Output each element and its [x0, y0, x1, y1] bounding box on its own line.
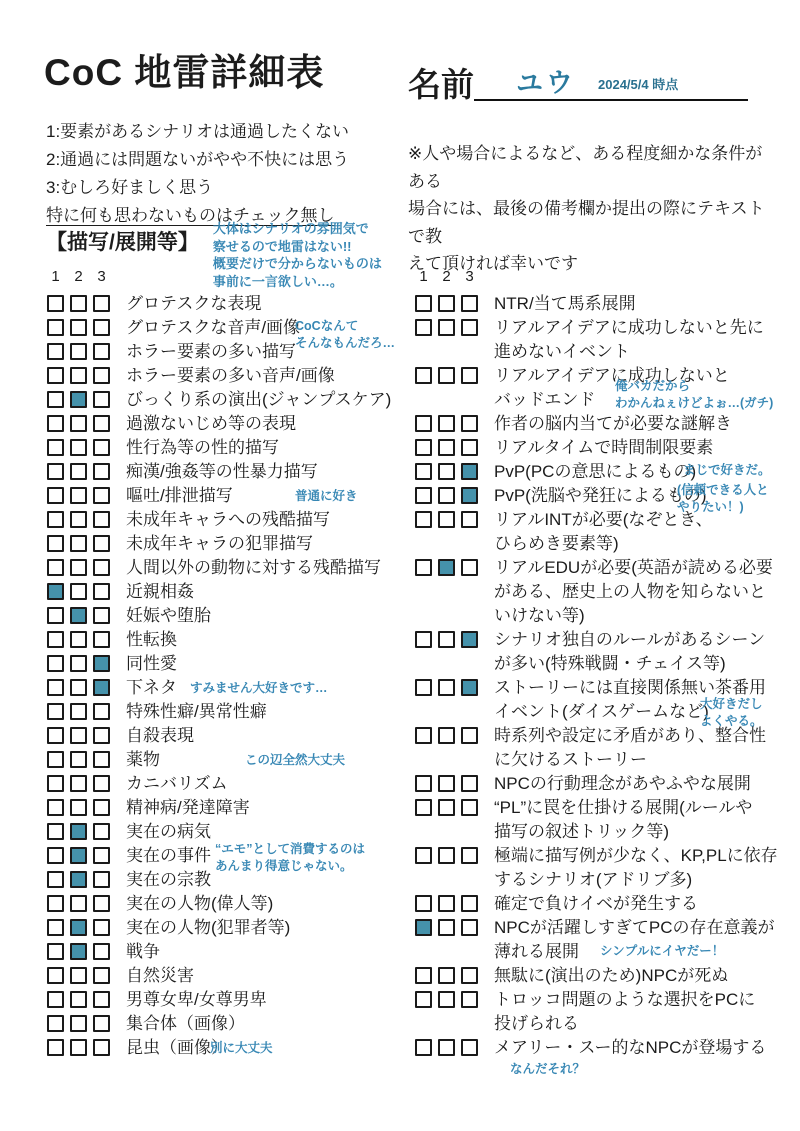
digit-1: 1: [47, 268, 64, 290]
checklist-row: メアリー・スー的なNPCが登場する なんだそれ？: [415, 1036, 790, 1060]
checkbox-2[interactable]: [438, 631, 455, 648]
item-label: シナリオ独自のルールがあるシーン が多い(特殊戦闘・チェイス等): [494, 628, 765, 676]
item-label: “PL”に罠を仕掛ける展開(ルールや 描写の叙述トリック等): [494, 796, 752, 844]
scale-line-1: 1:要素があるシナリオは通過したくない: [46, 118, 349, 146]
checkbox-3[interactable]: [93, 967, 110, 984]
checklist-row: 未成年キャラの犯罪描写: [47, 532, 415, 556]
handwritten-note: なんだそれ？: [510, 1061, 585, 1078]
checkbox-1[interactable]: [415, 511, 432, 528]
checkbox-1[interactable]: [47, 823, 64, 840]
checkbox-3[interactable]: [93, 703, 110, 720]
handwritten-note: まじで好きだ。: [683, 462, 771, 479]
checkbox-3[interactable]: [461, 367, 478, 384]
digit-2: 2: [70, 268, 87, 290]
checkbox-2[interactable]: [438, 727, 455, 744]
item-label: 集合体（画像）: [126, 1012, 245, 1036]
checkbox-1[interactable]: [47, 439, 64, 456]
checkbox-2[interactable]: [70, 559, 87, 576]
checkbox-2[interactable]: [438, 511, 455, 528]
checkbox-3[interactable]: [93, 823, 110, 840]
checklist-row: 無駄に(演出のため)NPCが死ぬ: [415, 964, 790, 988]
checkbox-2[interactable]: [438, 895, 455, 912]
checklist-row: 自殺表現: [47, 724, 415, 748]
checkbox-3[interactable]: [93, 895, 110, 912]
checkbox-group: [415, 796, 478, 816]
checkbox-3[interactable]: [93, 727, 110, 744]
checklist-columns: 1 2 3 グロテスクな表現 グロテスクな音声/画像 CoCなんて そんなもんだ…: [47, 268, 790, 1060]
checkbox-1[interactable]: [47, 871, 64, 888]
checkbox-2[interactable]: [70, 343, 87, 360]
checkbox-2[interactable]: [70, 463, 87, 480]
checkbox-group: [47, 460, 110, 480]
checklist-right: NTR/当て馬系展開 リアルアイデアに成功しないと先に 進めないイベント リアル…: [415, 292, 790, 1060]
checklist-row: 確定で負けイベが発生する: [415, 892, 790, 916]
checkbox-2[interactable]: [70, 823, 87, 840]
checklist-row: 時系列や設定に矛盾があり、整合性 に欠けるストーリー: [415, 724, 790, 772]
checkbox-1[interactable]: [415, 775, 432, 792]
item-label: 近親相姦: [126, 580, 194, 604]
checkbox-3[interactable]: [93, 391, 110, 408]
checklist-column-left: 1 2 3 グロテスクな表現 グロテスクな音声/画像 CoCなんて そんなもんだ…: [47, 268, 415, 1060]
checkbox-3[interactable]: [461, 1039, 478, 1056]
item-label: 過激ないじめ等の表現: [126, 412, 296, 436]
checkbox-1[interactable]: [415, 1039, 432, 1056]
checkbox-1[interactable]: [415, 487, 432, 504]
checkbox-3[interactable]: [93, 775, 110, 792]
checkbox-2[interactable]: [438, 847, 455, 864]
checkbox-group: [415, 292, 478, 312]
checkbox-3[interactable]: [93, 991, 110, 1008]
checkbox-3[interactable]: [93, 583, 110, 600]
checkbox-group: [47, 892, 110, 912]
item-label: リアルEDUが必要(英語が読める必要 がある、歴史上の人物を知らないと いけない…: [494, 556, 773, 628]
checkbox-group: [47, 388, 110, 408]
checkbox-1[interactable]: [415, 679, 432, 696]
checklist-row: 集合体（画像）: [47, 1012, 415, 1036]
checkbox-2[interactable]: [70, 775, 87, 792]
name-field[interactable]: ユウ 2024/5/4 時点: [474, 70, 748, 101]
checkbox-group: [47, 484, 110, 504]
checklist-row: 男尊女卑/女尊男卑: [47, 988, 415, 1012]
checklist-row: PvP(洗脳や発狂によるもの) (信頼できる人と やりたい！): [415, 484, 790, 508]
name-block: 名前 ユウ 2024/5/4 時点: [408, 68, 748, 101]
checkbox-2[interactable]: [70, 583, 87, 600]
checkbox-3[interactable]: [461, 559, 478, 576]
checkbox-3[interactable]: [93, 799, 110, 816]
checkbox-2[interactable]: [70, 679, 87, 696]
checkbox-1[interactable]: [415, 367, 432, 384]
digit-3: 3: [461, 268, 478, 290]
checkbox-2[interactable]: [438, 919, 455, 936]
checkbox-3[interactable]: [461, 511, 478, 528]
checkbox-3[interactable]: [93, 847, 110, 864]
checkbox-1[interactable]: [47, 391, 64, 408]
checklist-row: 未成年キャラへの残酷描写: [47, 508, 415, 532]
checkbox-group: [415, 508, 478, 528]
checkbox-3[interactable]: [461, 439, 478, 456]
checkbox-2[interactable]: [70, 751, 87, 768]
checkbox-3[interactable]: [93, 511, 110, 528]
checkbox-3[interactable]: [93, 535, 110, 552]
checkbox-3[interactable]: [461, 775, 478, 792]
checkbox-1[interactable]: [47, 1015, 64, 1032]
checkbox-2[interactable]: [438, 295, 455, 312]
checkbox-3[interactable]: [461, 919, 478, 936]
checkbox-1[interactable]: [415, 727, 432, 744]
checkbox-2[interactable]: [438, 439, 455, 456]
checklist-row: 近親相姦: [47, 580, 415, 604]
checklist-row: 性転換: [47, 628, 415, 652]
checkbox-1[interactable]: [47, 967, 64, 984]
checkbox-1[interactable]: [47, 727, 64, 744]
column-digits-right: 1 2 3: [415, 268, 790, 290]
checkbox-group: [47, 796, 110, 816]
checkbox-2[interactable]: [438, 367, 455, 384]
item-label: 自然災害: [126, 964, 194, 988]
checkbox-1[interactable]: [47, 631, 64, 648]
checkbox-2[interactable]: [70, 799, 87, 816]
checkbox-1[interactable]: [47, 607, 64, 624]
checkbox-group: [415, 892, 478, 912]
checkbox-3[interactable]: [93, 679, 110, 696]
checkbox-2[interactable]: [70, 967, 87, 984]
checkbox-2[interactable]: [70, 703, 87, 720]
checkbox-1[interactable]: [47, 655, 64, 672]
item-label: 確定で負けイベが発生する: [494, 892, 698, 916]
checkbox-2[interactable]: [70, 871, 87, 888]
checkbox-3[interactable]: [461, 799, 478, 816]
checkbox-1[interactable]: [47, 919, 64, 936]
checklist-row: 極端に描写例が少なく、KP,PLに依存 するシナリオ(アドリブ多): [415, 844, 790, 892]
checkbox-2[interactable]: [70, 943, 87, 960]
item-label: 戦争: [126, 940, 160, 964]
item-label: 嘔吐/排泄描写: [126, 484, 233, 508]
item-label: 性行為等の性的描写: [126, 436, 279, 460]
checkbox-group: [47, 652, 110, 672]
checkbox-1[interactable]: [415, 415, 432, 432]
checkbox-1[interactable]: [415, 799, 432, 816]
checkbox-3[interactable]: [93, 607, 110, 624]
checkbox-1[interactable]: [415, 847, 432, 864]
checkbox-1[interactable]: [415, 439, 432, 456]
checkbox-1[interactable]: [415, 295, 432, 312]
checkbox-group: [47, 868, 110, 888]
checkbox-1[interactable]: [47, 559, 64, 576]
checkbox-3[interactable]: [93, 415, 110, 432]
checkbox-1[interactable]: [47, 991, 64, 1008]
checkbox-group: [47, 292, 110, 312]
checkbox-2[interactable]: [438, 775, 455, 792]
checklist-row: グロテスクな音声/画像 CoCなんて そんなもんだろ…: [47, 316, 415, 340]
checklist-row: 作者の脳内当てが必要な謎解き: [415, 412, 790, 436]
item-label: ホラー要素の多い描写: [126, 340, 296, 364]
handwritten-note: 俺バカだから わかんねぇけどよぉ…(ガチ): [615, 378, 773, 411]
checkbox-1[interactable]: [47, 319, 64, 336]
checkbox-1[interactable]: [415, 631, 432, 648]
item-label: NPCの行動理念があやふやな展開: [494, 772, 751, 796]
checkbox-2[interactable]: [70, 295, 87, 312]
checkbox-1[interactable]: [47, 511, 64, 528]
checkbox-2[interactable]: [438, 463, 455, 480]
checkbox-1[interactable]: [415, 319, 432, 336]
checkbox-3[interactable]: [93, 751, 110, 768]
checkbox-group: [47, 628, 110, 648]
checkbox-3[interactable]: [461, 991, 478, 1008]
checkbox-group: [415, 460, 478, 480]
checklist-row: ストーリーには直接関係無い茶番用 イベント(ダイスゲームなど) 大好きだし よく…: [415, 676, 790, 724]
scale-line-2: 2:通過には問題ないがやや不快には思う: [46, 146, 349, 174]
checklist-row: 過激ないじめ等の表現: [47, 412, 415, 436]
checkbox-1[interactable]: [415, 991, 432, 1008]
checkbox-3[interactable]: [93, 367, 110, 384]
checkbox-group: [415, 724, 478, 744]
handwritten-note: 別に大丈夫: [210, 1040, 273, 1057]
item-label: 下ネタ: [126, 676, 177, 700]
checklist-row: グロテスクな表現: [47, 292, 415, 316]
checkbox-3[interactable]: [461, 631, 478, 648]
checklist-row: NPCの行動理念があやふやな展開: [415, 772, 790, 796]
checkbox-2[interactable]: [70, 631, 87, 648]
item-label: 未成年キャラへの残酷描写: [126, 508, 330, 532]
checkbox-group: [47, 604, 110, 624]
checkbox-2[interactable]: [70, 439, 87, 456]
item-label: 時系列や設定に矛盾があり、整合性 に欠けるストーリー: [494, 724, 766, 772]
checkbox-2[interactable]: [70, 847, 87, 864]
checkbox-3[interactable]: [93, 487, 110, 504]
checkbox-2[interactable]: [70, 607, 87, 624]
checklist-row: びっくり系の演出(ジャンプスケア): [47, 388, 415, 412]
checkbox-1[interactable]: [47, 679, 64, 696]
checklist-row: 下ネタ すみません大好きです…: [47, 676, 415, 700]
checklist-row: 自然災害: [47, 964, 415, 988]
scale-line-3: 3:むしろ好ましく思う: [46, 174, 349, 202]
checkbox-group: [415, 676, 478, 696]
checklist-row: 実在の宗教: [47, 868, 415, 892]
item-label: 極端に描写例が少なく、KP,PLに依存 するシナリオ(アドリブ多): [494, 844, 778, 892]
item-label: 作者の脳内当てが必要な謎解き: [494, 412, 732, 436]
checkbox-1[interactable]: [47, 799, 64, 816]
checkbox-1[interactable]: [415, 463, 432, 480]
checkbox-1[interactable]: [47, 487, 64, 504]
checkbox-2[interactable]: [70, 991, 87, 1008]
checkbox-3[interactable]: [93, 319, 110, 336]
item-label: 未成年キャラの犯罪描写: [126, 532, 313, 556]
checkbox-group: [47, 508, 110, 528]
checkbox-group: [415, 844, 478, 864]
checkbox-1[interactable]: [415, 967, 432, 984]
checkbox-2[interactable]: [438, 1039, 455, 1056]
item-label: 実在の人物(偉人等): [126, 892, 273, 916]
checkbox-group: [47, 988, 110, 1008]
checkbox-3[interactable]: [93, 943, 110, 960]
checkbox-1[interactable]: [47, 751, 64, 768]
item-label: トロッコ問題のような選択をPCに 投げられる: [494, 988, 755, 1036]
item-label: 妊娠や堕胎: [126, 604, 211, 628]
checkbox-1[interactable]: [47, 1039, 64, 1056]
checkbox-2[interactable]: [438, 319, 455, 336]
checkbox-group: [47, 820, 110, 840]
section-title: 【描写/展開等】: [46, 220, 199, 256]
checkbox-1[interactable]: [47, 583, 64, 600]
checkbox-group: [47, 364, 110, 384]
page-title: CoC 地雷詳細表: [44, 42, 324, 96]
checklist-row: 実在の事件 “エモ”として消費するのは あんまり得意じゃない。: [47, 844, 415, 868]
item-label: 特殊性癖/異常性癖: [126, 700, 267, 724]
checkbox-group: [47, 940, 110, 960]
coc-trigger-chart-page: CoC 地雷詳細表 名前 ユウ 2024/5/4 時点 1:要素があるシナリオは…: [0, 0, 800, 1131]
checkbox-3[interactable]: [93, 559, 110, 576]
checkbox-group: [47, 316, 110, 336]
item-label: 実在の事件: [126, 844, 211, 868]
item-label: びっくり系の演出(ジャンプスケア): [126, 388, 391, 412]
checkbox-2[interactable]: [438, 487, 455, 504]
checkbox-group: [415, 436, 478, 456]
checklist-row: NTR/当て馬系展開: [415, 292, 790, 316]
checkbox-2[interactable]: [70, 367, 87, 384]
checklist-row: トロッコ問題のような選択をPCに 投げられる: [415, 988, 790, 1036]
checkbox-3[interactable]: [461, 295, 478, 312]
checkbox-3[interactable]: [93, 439, 110, 456]
handwritten-note: この辺全然大丈夫: [245, 752, 345, 769]
item-label: 人間以外の動物に対する残酷描写: [126, 556, 381, 580]
checkbox-2[interactable]: [70, 895, 87, 912]
name-value: ユウ: [516, 69, 576, 97]
checkbox-group: [415, 964, 478, 984]
item-label: リアルINTが必要(なぞとき、 ひらめき要素等): [494, 508, 713, 556]
checkbox-1[interactable]: [47, 415, 64, 432]
checkbox-2[interactable]: [70, 1039, 87, 1056]
checklist-row: 人間以外の動物に対する残酷描写: [47, 556, 415, 580]
checkbox-1[interactable]: [47, 535, 64, 552]
item-label: 実在の宗教: [126, 868, 211, 892]
checkbox-2[interactable]: [438, 799, 455, 816]
checkbox-3[interactable]: [93, 295, 110, 312]
checkbox-3[interactable]: [461, 463, 478, 480]
item-label: 薬物: [126, 748, 160, 772]
checkbox-3[interactable]: [461, 895, 478, 912]
checkbox-2[interactable]: [70, 655, 87, 672]
checkbox-group: [47, 916, 110, 936]
checkbox-3[interactable]: [93, 1039, 110, 1056]
checkbox-group: [47, 412, 110, 432]
checklist-row: 妊娠や堕胎: [47, 604, 415, 628]
checkbox-3[interactable]: [93, 463, 110, 480]
checkbox-2[interactable]: [70, 535, 87, 552]
checkbox-2[interactable]: [70, 487, 87, 504]
handwritten-note: シンプルにイヤだー！: [600, 943, 724, 960]
name-date: 2024/5/4 時点: [598, 74, 678, 97]
checkbox-2[interactable]: [70, 415, 87, 432]
checkbox-group: [47, 580, 110, 600]
checklist-row: 精神病/発達障害: [47, 796, 415, 820]
checkbox-2[interactable]: [438, 991, 455, 1008]
checkbox-1[interactable]: [415, 559, 432, 576]
checklist-column-right: 1 2 3 NTR/当て馬系展開 リアルアイデアに成功しないと先に 進めないイベ…: [415, 268, 790, 1060]
checkbox-1[interactable]: [47, 367, 64, 384]
checkbox-2[interactable]: [438, 559, 455, 576]
checklist-row: 特殊性癖/異常性癖: [47, 700, 415, 724]
checklist-row: “PL”に罠を仕掛ける展開(ルールや 描写の叙述トリック等): [415, 796, 790, 844]
checkbox-3[interactable]: [461, 727, 478, 744]
item-label: 性転換: [126, 628, 177, 652]
checklist-row: リアルアイデアに成功しないと先に 進めないイベント: [415, 316, 790, 364]
checkbox-3[interactable]: [461, 847, 478, 864]
checkbox-group: [47, 844, 110, 864]
checkbox-group: [47, 436, 110, 456]
name-label: 名前: [408, 68, 474, 101]
checkbox-group: [47, 340, 110, 360]
conditions-note: ※人や場合によるなど、ある程度細かな条件がある 場合には、最後の備考欄か提出の際…: [408, 140, 773, 278]
item-label: 同性愛: [126, 652, 177, 676]
item-label: グロテスクな音声/画像: [126, 316, 300, 340]
checkbox-3[interactable]: [93, 631, 110, 648]
checkbox-2[interactable]: [70, 1015, 87, 1032]
checkbox-3[interactable]: [461, 319, 478, 336]
item-label: グロテスクな表現: [126, 292, 261, 316]
checkbox-1[interactable]: [415, 919, 432, 936]
checkbox-2[interactable]: [70, 391, 87, 408]
item-label: カニバリズム: [126, 772, 228, 796]
checkbox-3[interactable]: [461, 415, 478, 432]
item-label: リアルアイデアに成功しないと先に 進めないイベント: [494, 316, 764, 364]
checkbox-group: [47, 772, 110, 792]
checkbox-3[interactable]: [461, 487, 478, 504]
checkbox-1[interactable]: [47, 847, 64, 864]
checkbox-3[interactable]: [93, 343, 110, 360]
checkbox-3[interactable]: [93, 1015, 110, 1032]
item-label: 男尊女卑/女尊男卑: [126, 988, 267, 1012]
checkbox-3[interactable]: [93, 655, 110, 672]
checkbox-2[interactable]: [438, 967, 455, 984]
checkbox-1[interactable]: [47, 775, 64, 792]
checkbox-2[interactable]: [438, 415, 455, 432]
checkbox-2[interactable]: [438, 679, 455, 696]
checklist-row: 実在の人物(犯罪者等): [47, 916, 415, 940]
checkbox-3[interactable]: [461, 679, 478, 696]
checkbox-group: [47, 964, 110, 984]
checkbox-1[interactable]: [47, 295, 64, 312]
digit-3: 3: [93, 268, 110, 290]
checklist-row: 性行為等の性的描写: [47, 436, 415, 460]
checkbox-1[interactable]: [47, 463, 64, 480]
checkbox-2[interactable]: [70, 319, 87, 336]
item-label: 自殺表現: [126, 724, 194, 748]
checkbox-group: [415, 988, 478, 1008]
checklist-row: リアルアイデアに成功しないと バッドエンド 俺バカだから わかんねぇけどよぉ…(…: [415, 364, 790, 412]
checkbox-2[interactable]: [70, 919, 87, 936]
digit-1: 1: [415, 268, 432, 290]
checklist-row: カニバリズム: [47, 772, 415, 796]
checkbox-3[interactable]: [93, 919, 110, 936]
item-label: ホラー要素の多い音声/画像: [126, 364, 335, 388]
checkbox-3[interactable]: [93, 871, 110, 888]
item-label: リアルタイムで時間制限要素: [494, 436, 713, 460]
checklist-row: 痴漢/強姦等の性暴力描写: [47, 460, 415, 484]
checklist-row: リアルタイムで時間制限要素: [415, 436, 790, 460]
checkbox-1[interactable]: [47, 343, 64, 360]
checkbox-1[interactable]: [47, 703, 64, 720]
handwritten-note: 普通に好き: [295, 488, 358, 505]
checkbox-group: [47, 532, 110, 552]
checkbox-3[interactable]: [461, 967, 478, 984]
checkbox-1[interactable]: [47, 943, 64, 960]
checkbox-1[interactable]: [415, 895, 432, 912]
scale-legend: 1:要素があるシナリオは通過したくない 2:通過には問題ないがやや不快には思う …: [46, 118, 349, 230]
checklist-row: 嘔吐/排泄描写 普通に好き: [47, 484, 415, 508]
checkbox-2[interactable]: [70, 727, 87, 744]
checkbox-2[interactable]: [70, 511, 87, 528]
checkbox-1[interactable]: [47, 895, 64, 912]
